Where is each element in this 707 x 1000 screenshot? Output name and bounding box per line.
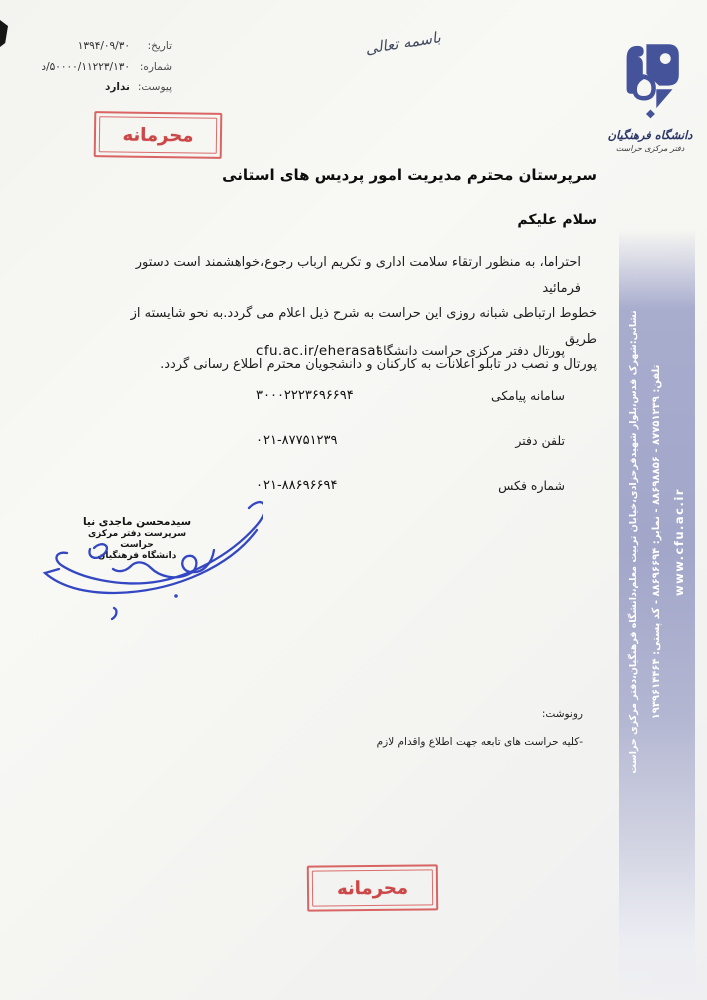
signer-title: سرپرست دفتر مرکزی حراست bbox=[70, 529, 204, 551]
number-label: شماره: bbox=[130, 57, 172, 78]
contact-row-fax: ۰۲۱-۸۸۶۹۶۶۹۴ شماره فکس bbox=[140, 476, 567, 521]
sms-number: ۳۰۰۰۲۲۲۳۶۹۶۶۹۴ bbox=[256, 388, 354, 403]
salutation-line: سلام علیکم bbox=[517, 212, 597, 228]
contact-row-portal: cfu.ac.ir/eherasat پورتال دفتر مرکزی حرا… bbox=[140, 341, 567, 386]
contact-list: cfu.ac.ir/eherasat پورتال دفتر مرکزی حرا… bbox=[140, 341, 567, 521]
fax-label: شماره فکس bbox=[498, 478, 565, 493]
cc-block: رونوشت: -کلیه حراست های تابعه جهت اطلاع … bbox=[377, 708, 583, 748]
number-value: د/۵۰۰۰۰/۱۱۲۲۳/۱۳۰ bbox=[22, 57, 130, 78]
scan-edge-mark bbox=[0, 20, 8, 47]
besmele-calligraphy: باسمه تعالی bbox=[337, 24, 468, 62]
sms-label: سامانه پیامکی bbox=[491, 388, 565, 403]
office-phone-label: تلفن دفتر bbox=[515, 433, 565, 448]
letterhead-address: نشانی:شهرک قدس،بلوار شهیدفرحزادی،خیابان … bbox=[622, 262, 645, 822]
letterhead-phone-line: تلفن: ۸۷۷۵۱۲۳۹ - ۸۸۶۹۸۸۵۶ - نمابر: ۸۸۶۹۶… bbox=[645, 262, 668, 822]
confidential-stamp-top: محرمانه bbox=[94, 111, 223, 159]
cc-item: -کلیه حراست های تابعه جهت اطلاع واقدام ل… bbox=[377, 736, 583, 748]
confidential-stamp-text: محرمانه bbox=[337, 877, 408, 899]
confidential-stamp-text: محرمانه bbox=[122, 124, 193, 146]
meta-number-row: شماره: د/۵۰۰۰۰/۱۱۲۲۳/۱۳۰ bbox=[22, 57, 172, 78]
signer-organization: دانشگاه فرهنگیان bbox=[70, 551, 204, 562]
letter-meta: تاریخ: ۱۳۹۴/۰۹/۳۰ شماره: د/۵۰۰۰۰/۱۱۲۲۳/۱… bbox=[22, 36, 172, 98]
portal-url: cfu.ac.ir/eherasat bbox=[256, 343, 382, 359]
attachment-value: ندارد bbox=[22, 77, 130, 98]
signer-name: سیدمحسن ماجدی نیا bbox=[70, 516, 204, 529]
meta-attachment-row: پیوست: ندارد bbox=[22, 77, 172, 98]
date-label: تاریخ: bbox=[130, 36, 172, 57]
letterhead-website: www.cfu.ac.ir bbox=[668, 262, 691, 822]
letterhead-side-text: نشانی:شهرک قدس،بلوار شهیدفرحزادی،خیابان … bbox=[619, 262, 695, 822]
meta-date-row: تاریخ: ۱۳۹۴/۰۹/۳۰ bbox=[22, 36, 172, 57]
attachment-label: پیوست: bbox=[130, 77, 172, 98]
body-line: احتراما، به منظور ارتقاء سلامت اداری و ت… bbox=[98, 250, 597, 301]
date-value: ۱۳۹۴/۰۹/۳۰ bbox=[22, 36, 130, 57]
office-phone-number: ۰۲۱-۸۷۷۵۱۲۳۹ bbox=[256, 433, 338, 448]
contact-row-phone: ۰۲۱-۸۷۷۵۱۲۳۹ تلفن دفتر bbox=[140, 431, 567, 476]
cc-label: رونوشت: bbox=[377, 708, 583, 720]
recipient-line: سرپرستان محترم مدیریت امور پردیس های است… bbox=[222, 166, 597, 184]
signature-block: سیدمحسن ماجدی نیا سرپرست دفتر مرکزی حراس… bbox=[70, 516, 204, 562]
scanned-letter-page: تاریخ: ۱۳۹۴/۰۹/۳۰ شماره: د/۵۰۰۰۰/۱۱۲۲۳/۱… bbox=[0, 0, 707, 1000]
portal-label: پورتال دفتر مرکزی حراست دانشگاه bbox=[377, 343, 565, 358]
contact-row-sms: ۳۰۰۰۲۲۲۳۶۹۶۶۹۴ سامانه پیامکی bbox=[140, 386, 567, 431]
confidential-stamp-bottom: محرمانه bbox=[307, 864, 438, 911]
fax-number: ۰۲۱-۸۸۶۹۶۶۹۴ bbox=[256, 478, 338, 493]
